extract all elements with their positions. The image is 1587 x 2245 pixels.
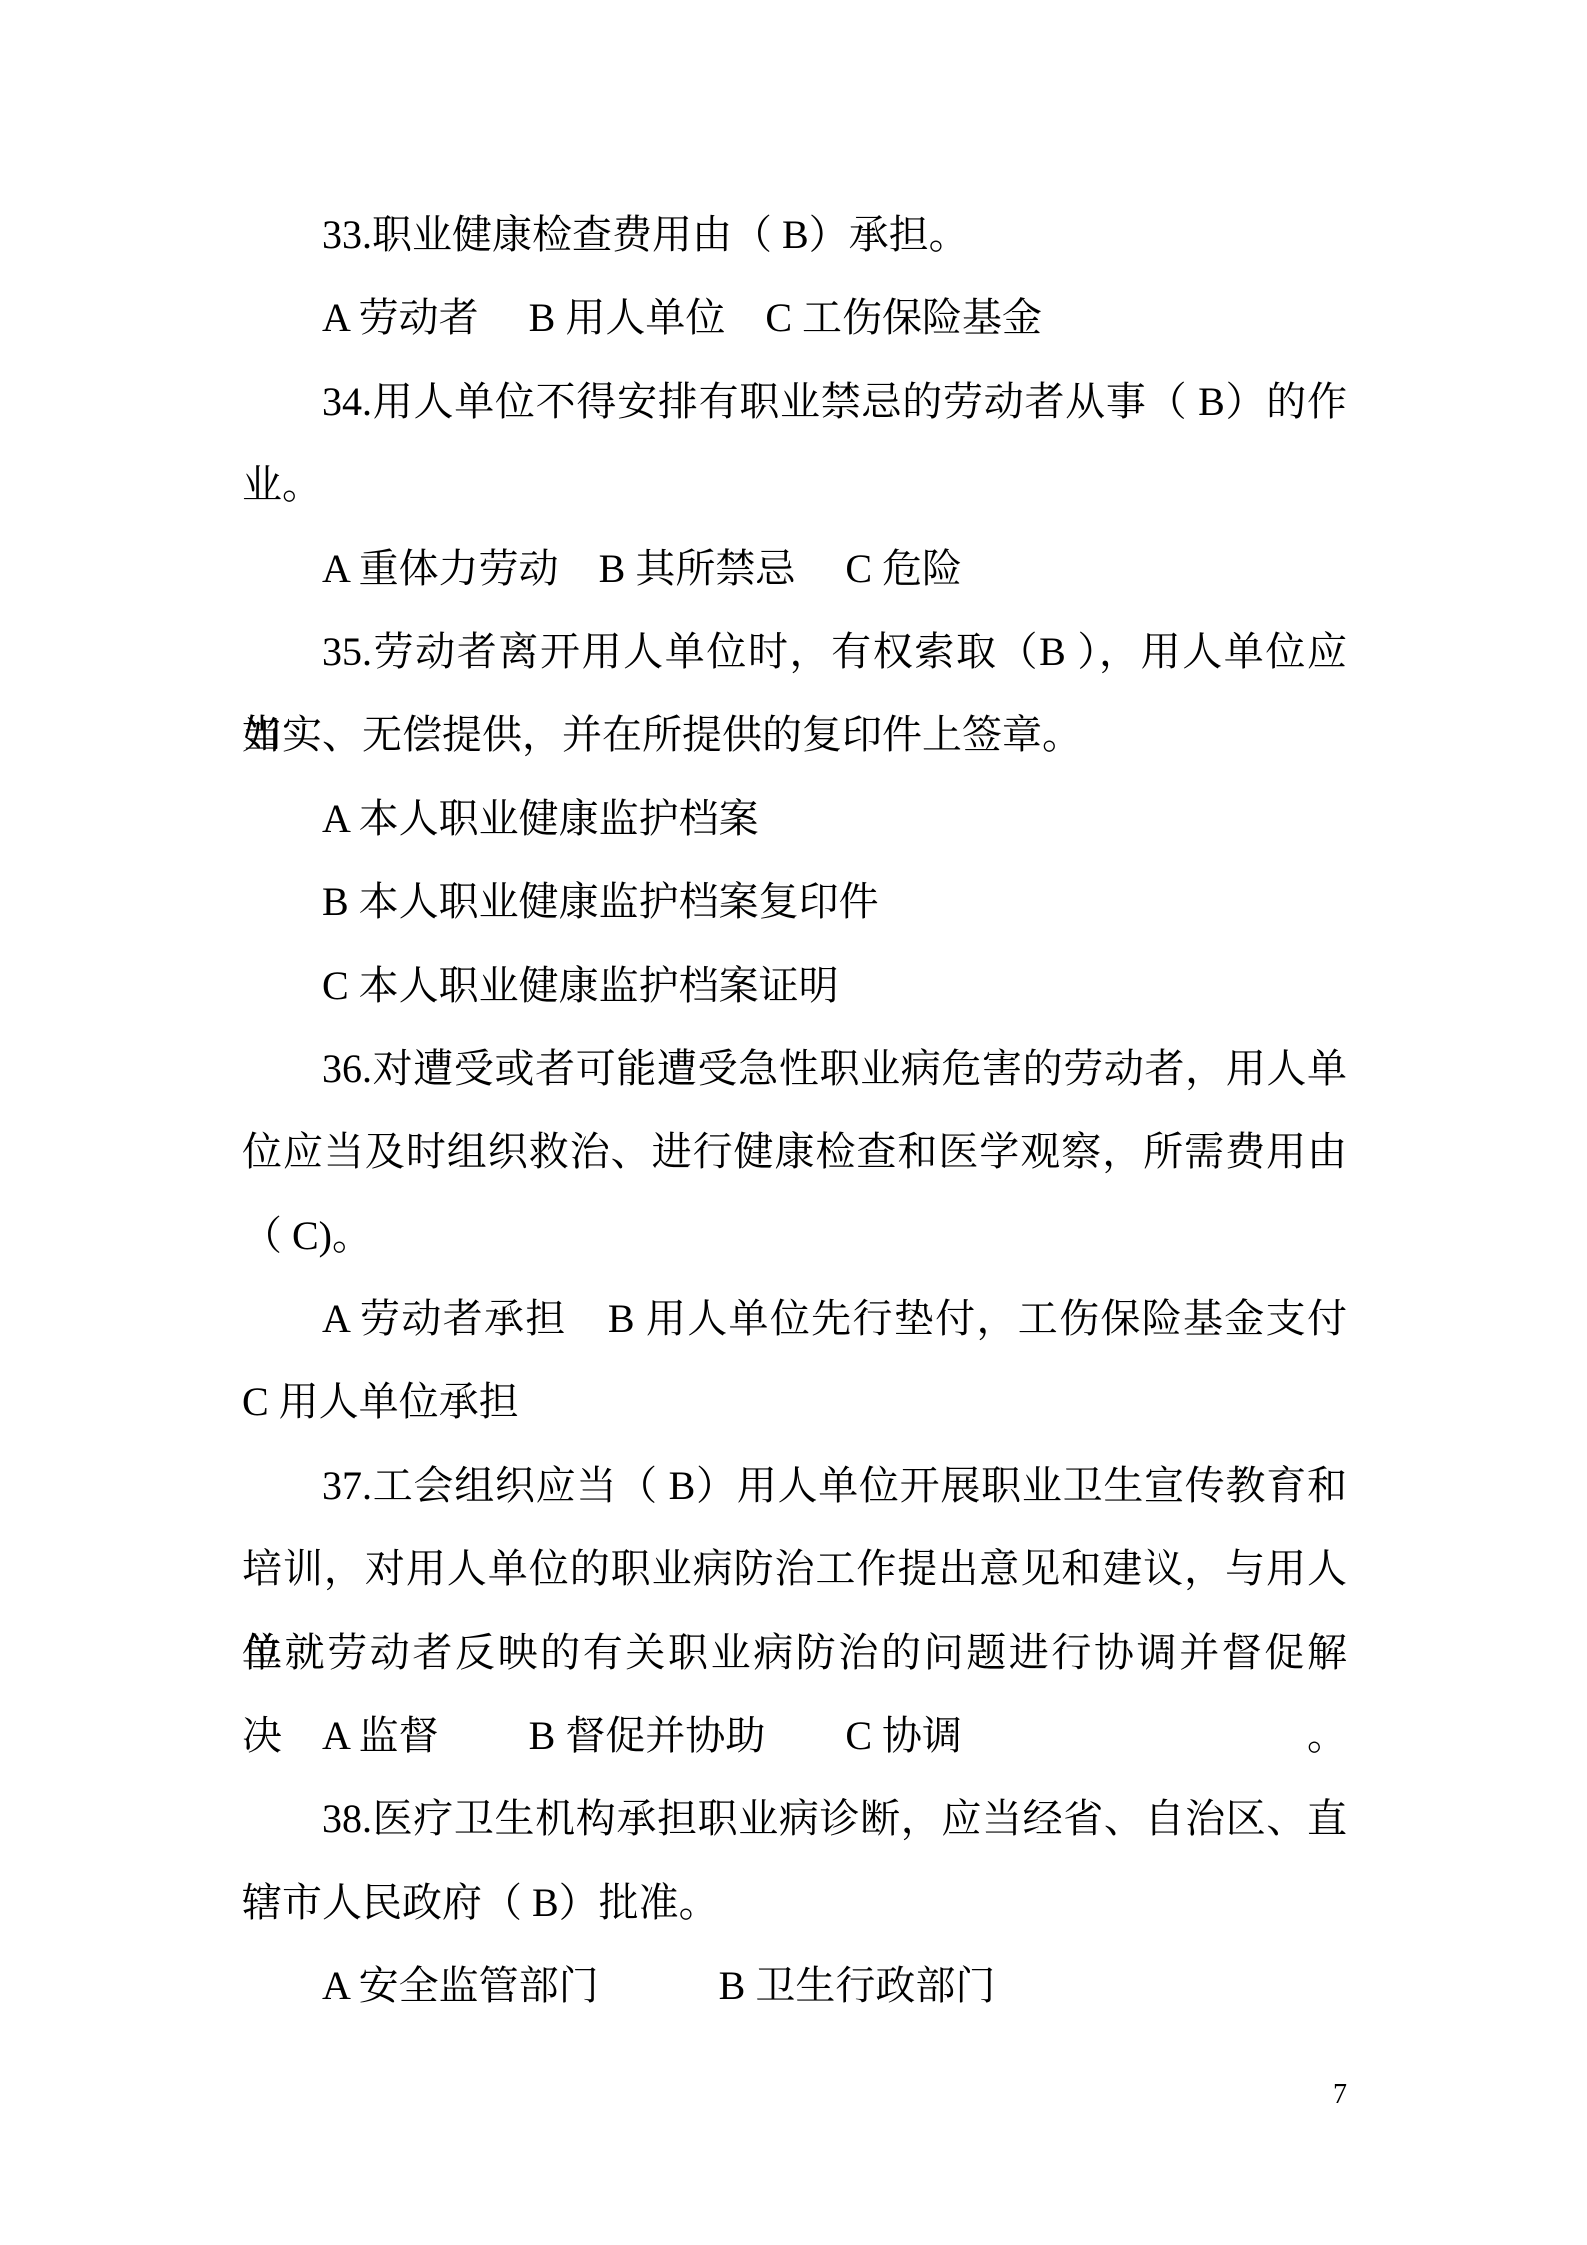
line-q36-options-2: C 用人单位承担: [242, 1360, 1347, 1443]
line-q36-stem-1: 36.对遭受或者可能遭受急性职业病危害的劳动者，用人单: [242, 1027, 1347, 1110]
line-q38-stem-1: 38.医疗卫生机构承担职业病诊断，应当经省、自治区、直: [242, 1777, 1347, 1860]
document-page: 33.职业健康检查费用由（ B）承担。 A 劳动者 B 用人单位 C 工伤保险基…: [0, 0, 1587, 2245]
line-q36-options-1: A 劳动者承担 B 用人单位先行垫付，工伤保险基金支付: [242, 1277, 1347, 1360]
line-q35-option-a: A 本人职业健康监护档案: [242, 777, 1347, 860]
line-q35-option-c: C 本人职业健康监护档案证明: [242, 944, 1347, 1027]
page-number: 7: [1333, 2078, 1347, 2112]
document-body: 33.职业健康检查费用由（ B）承担。 A 劳动者 B 用人单位 C 工伤保险基…: [242, 193, 1347, 2028]
line-q34-stem-2: 业。: [242, 443, 1347, 526]
line-q38-stem-2: 辖市人民政府（ B）批准。: [242, 1861, 1347, 1944]
line-q33-stem: 33.职业健康检查费用由（ B）承担。: [242, 193, 1347, 276]
line-q34-stem-1: 34.用人单位不得安排有职业禁忌的劳动者从事（ B）的作: [242, 360, 1347, 443]
line-q35-stem-2: 如实、无偿提供，并在所提供的复印件上签章。: [242, 693, 1347, 776]
line-q37-stem-1: 37.工会组织应当（ B）用人单位开展职业卫生宣传教育和: [242, 1444, 1347, 1527]
line-q36-stem-2: 位应当及时组织救治、进行健康检查和医学观察，所需费用由: [242, 1110, 1347, 1193]
line-q36-stem-3: （ C)。: [242, 1194, 1347, 1277]
line-q38-options: A 安全监管部门 B 卫生行政部门: [242, 1944, 1347, 2027]
line-q35-stem-1: 35.劳动者离开用人单位时，有权索取（B ），用人单位应当: [242, 610, 1347, 693]
line-q34-options: A 重体力劳动 B 其所禁忌 C 危险: [242, 527, 1347, 610]
line-q35-option-b: B 本人职业健康监护档案复印件: [242, 860, 1347, 943]
line-q37-stem-2: 培训，对用人单位的职业病防治工作提出意见和建议，与用人单: [242, 1527, 1347, 1610]
line-q33-options: A 劳动者 B 用人单位 C 工伤保险基金: [242, 276, 1347, 359]
line-q37-stem-3: 位就劳动者反映的有关职业病防治的问题进行协调并督促解决。: [242, 1611, 1347, 1694]
